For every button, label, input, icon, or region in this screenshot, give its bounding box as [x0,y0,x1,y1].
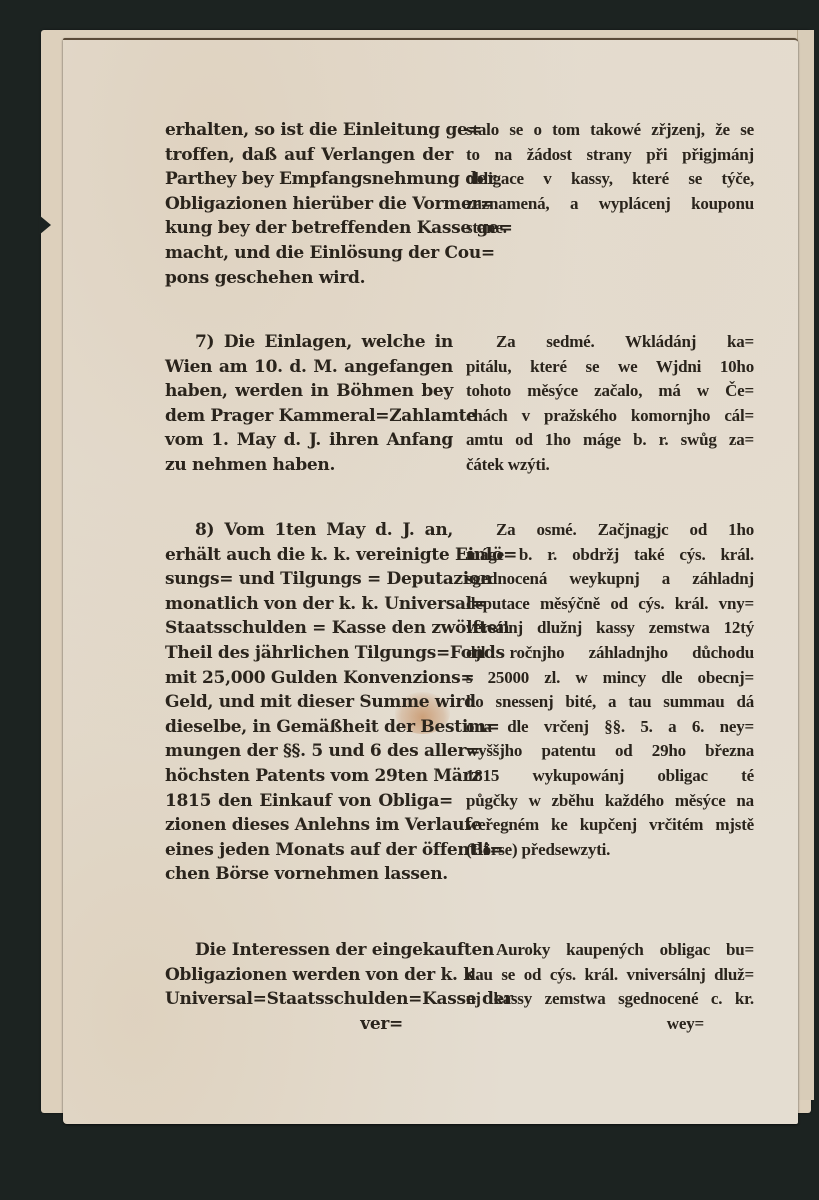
text-line: pons geschehen wird. [165,266,453,291]
text-line: 1815 den Einkauf von Obliga= [165,789,453,814]
text-line: Geld, und mit dieser Summe wird [165,690,453,715]
section-heading-line: 7) Die Einlagen, welche in [165,330,453,355]
text-line: ona dle vrčenj §§. 5. a 6. ney= [466,715,754,740]
text-line: dem Prager Kammeral=Zahlamte [165,404,453,429]
section-heading-line: Za sedmé. Wkládánj ka= [466,330,754,355]
scan-background: erhalten, so ist die Einleitung ge= trof… [0,0,819,1200]
right-leaf-edge [797,30,814,1100]
text-line: erhält auch die k. k. vereinigte Einlö= [165,543,453,568]
section-heading-line: Za osmé. Začjnagjc od 1ho [466,518,754,543]
text-line: weřegném ke kupčenj vrčitém mjstě [466,813,754,838]
text-line: tohoto měsýce začalo, má w Če= [466,379,754,404]
text-line: pitálu, které se we Wjdni 10ho [466,355,754,380]
text-line: máge b. r. obdržj také cýs. král. [466,543,754,568]
text-line: höchsten Patents vom 29ten März [165,764,453,789]
text-line: zionen dieses Anlehns im Verlaufe [165,813,453,838]
text-line: Wien am 10. d. M. angefangen [165,355,453,380]
section-heading-line: 8) Vom 1ten May d. J. an, [165,518,453,543]
text-line: Staatsschulden = Kasse den zwölften [165,616,453,641]
catchword: ver= [165,1012,453,1037]
text-line: to na žádost strany při přigjmánj [466,143,754,168]
text-line: wyššjho patentu od 29ho března [466,739,754,764]
left-interest-paragraph: Die Interessen der eingekauften Obligazi… [165,938,453,1036]
text-line: Parthey bey Empfangsnehmung der [165,167,453,192]
text-line: sgednocená weykupnj a záhladnj [466,567,754,592]
text-line: čátek wzýti. [466,453,754,478]
text-line: chen Börse vornehmen lassen. [165,862,453,887]
text-line: dieselbe, in Gemäßheit der Bestim= [165,715,453,740]
text-line: amtu od 1ho máge b. r. swůg za= [466,428,754,453]
text-line: dau se od cýs. král. vniversálnj dluž= [466,963,754,988]
right-section-7: Za sedmé. Wkládánj ka= pitálu, které se … [466,330,754,478]
text-line: Universal=Staatsschulden=Kasse der [165,987,453,1012]
right-interest-paragraph: Aurokу kaupených obligac bu= dau se od c… [466,938,754,1036]
left-section-7: 7) Die Einlagen, welche in Wien am 10. d… [165,330,453,478]
left-continuation-paragraph: erhalten, so ist die Einleitung ge= trof… [165,118,453,290]
right-section-8: Za osmé. Začjnagjc od 1ho máge b. r. obd… [466,518,754,862]
text-line: deputace měsýčně od cýs. král. vny= [466,592,754,617]
text-line: erhalten, so ist die Einleitung ge= [165,118,453,143]
text-line: obligace v kassy, které se týče, [466,167,754,192]
text-line: stalo se o tom takowé zřjzenj, že se [466,118,754,143]
text-line: Obligazionen werden von der k. k. [165,963,453,988]
text-line: zu nehmen haben. [165,453,453,478]
text-line: zaznamená, a wyplácenj kouponu [466,192,754,217]
text-line: chách v pražského komornjho cál= [466,404,754,429]
text-line: Die Interessen der eingekauften [165,938,453,963]
text-line: ho snessenj bité, a tau summau dá [466,690,754,715]
text-line: sungs= und Tilgungs = Deputazion [165,567,453,592]
text-line: troffen, daß auf Verlangen der [165,143,453,168]
text-line: eines jeden Monats auf der öffentli= [165,838,453,863]
left-section-8: 8) Vom 1ten May d. J. an, erhält auch di… [165,518,453,887]
text-line: 1815 wykupowánj obligac té [466,764,754,789]
text-line: půgčky w zběhu každého měsýce na [466,789,754,814]
text-line: vom 1. May d. J. ihren Anfang [165,428,453,453]
text-line: Aurokу kaupených obligac bu= [466,938,754,963]
text-line: (Börse) předsewzyti. [466,838,754,863]
text-line: haben, werden in Böhmen bey [165,379,453,404]
text-line: Obligazionen hierüber die Vormer= [165,192,453,217]
text-line: Theil des jährlichen Tilgungs=Fonds [165,641,453,666]
text-line: macht, und die Einlösung der Cou= [165,241,453,266]
text-line: kung bey der betreffenden Kasse ge= [165,216,453,241]
text-line: monatlich von der k. k. Universal= [165,592,453,617]
right-continuation-paragraph: stalo se o tom takowé zřjzenj, že se to … [466,118,754,241]
text-line: nj kassy zemstwa sgednocené c. kr. [466,987,754,1012]
text-line: mungen der §§. 5 und 6 des aller= [165,739,453,764]
text-line: mit 25,000 Gulden Konvenzions= [165,666,453,691]
text-line: stane. [466,216,754,241]
text-line: s 25000 zl. w mincy dle obecnj= [466,666,754,691]
text-line: djl ročnjho záhladnjho důchodu [466,641,754,666]
text-line: versálnj dlužnj kassy zemstwa 12tý [466,616,754,641]
catchword: wey= [466,1012,754,1037]
leaf-notch [39,215,51,235]
